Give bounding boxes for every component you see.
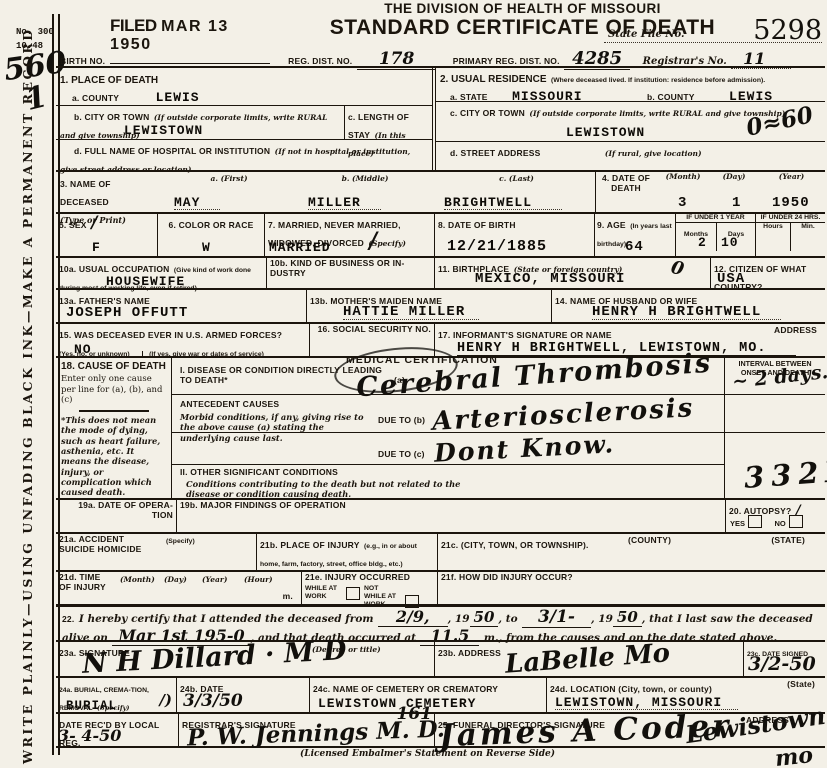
injury-m-label: m. bbox=[283, 592, 293, 602]
birthplace-value: MEXICO, MISSOURI bbox=[475, 272, 625, 286]
age-label: 9. AGE bbox=[597, 220, 626, 230]
certify-number: 22. bbox=[62, 614, 74, 624]
field-armed-forces: 15. WAS DECEASED EVER IN U.S. ARMED FORC… bbox=[56, 324, 309, 356]
dob-label: 8. DATE OF BIRTH bbox=[438, 220, 516, 230]
operation-date-label: 19a. DATE OF OPERA-TION bbox=[56, 500, 176, 532]
field-date-of-birth: 8. DATE OF BIRTH 12/21/1885 bbox=[434, 214, 594, 256]
death-certificate-document: No. 300 10.48 560 1 WRITE PLAINLY—USING … bbox=[0, 0, 827, 768]
field-informant: 17. INFORMANT'S SIGNATURE OR NAME ADDRES… bbox=[434, 324, 825, 356]
row-time-of-injury: 21d. TIME OF INJURY (Month) (Day) (Year)… bbox=[56, 570, 825, 604]
name-middle-label: b. (Middle) bbox=[294, 174, 436, 183]
dod-month-label: (Month) bbox=[656, 172, 710, 181]
place-county-label: a. COUNTY bbox=[72, 93, 119, 103]
age-months-value: 2 bbox=[698, 236, 707, 249]
signature-overflow-handwriting: mo bbox=[774, 744, 814, 768]
field-father: 13a. FATHER'S NAME JOSEPH OFFUTT bbox=[56, 290, 306, 322]
filed-stamp: FILED MAR 13 1950 bbox=[110, 16, 270, 54]
field-autopsy: 20. AUTOPSY? / YES NO bbox=[725, 500, 825, 532]
armed-forces-label: 15. WAS DECEASED EVER IN U.S. ARMED FORC… bbox=[59, 330, 282, 340]
field-time-of-injury: 21d. TIME OF INJURY (Month) (Day) (Year)… bbox=[56, 572, 301, 604]
cause-rule-a bbox=[172, 394, 825, 395]
field-place-of-injury: 21b. PLACE OF INJURY (e.g., in or about … bbox=[256, 534, 437, 570]
field-birthplace: 11. BIRTHPLACE (State or foreign country… bbox=[434, 258, 710, 288]
section-cause-of-death: 18. CAUSE OF DEATH Enter only one cause … bbox=[56, 356, 825, 498]
age-min-label: Min. bbox=[790, 223, 825, 251]
row-operation-autopsy: 19a. DATE OF OPERA-TION 19b. MAJOR FINDI… bbox=[56, 498, 825, 532]
cause-instruction-column: 18. CAUSE OF DEATH Enter only one cause … bbox=[56, 358, 172, 500]
time-of-injury-label: 21d. TIME OF INJURY bbox=[59, 573, 107, 593]
field-mother: 13b. MOTHER'S MAIDEN NAME HATTIE MILLER bbox=[306, 290, 551, 322]
certify-statement: 22. I hereby certify that I attended the… bbox=[56, 604, 825, 640]
place-of-injury-label: 21b. PLACE OF INJURY bbox=[260, 540, 360, 550]
certify-text-1: I hereby certify that I attended the dec… bbox=[79, 613, 374, 625]
field-date-signed: 23c. DATE SIGNED 3/2-50 bbox=[743, 642, 825, 676]
antecedent-label: ANTECEDENT CAUSES bbox=[180, 400, 279, 410]
field-physician-signature: 23a. SIGNATURE (Degree or title) N H Dil… bbox=[56, 642, 434, 676]
dod-month-value: 3 bbox=[678, 196, 687, 210]
row-burial: 24a. BURIAL, CREMA-TION, REMOVAL (Specif… bbox=[56, 676, 825, 712]
field-injury-occurred: 21e. INJURY OCCURRED WHILE AT WORK NOT W… bbox=[301, 572, 437, 604]
certify-to-year: 50 bbox=[613, 608, 642, 627]
row-occupation-birthplace-citizen: 10a. USUAL OCCUPATION (Give kind of work… bbox=[56, 256, 825, 288]
sex-handwritten-mark: / bbox=[91, 213, 97, 233]
age-under1-label: IF UNDER 1 YEAR bbox=[676, 214, 755, 223]
cause-part2-note: Conditions contributing to the death but… bbox=[186, 479, 486, 500]
section-usual-residence: 2. USUAL RESIDENCE (Where deceased lived… bbox=[432, 68, 825, 170]
physician-address-value: LaBelle Mo bbox=[504, 640, 671, 677]
row-sex-race-marital-dob-age: 5. SEX / F 6. COLOR OR RACE W 7. MARRIED… bbox=[56, 212, 825, 256]
age-years-value: 64 bbox=[625, 240, 644, 254]
field-registrar-signature: REGISTRAR'S SIGNATURE 161 P. W. Jennings… bbox=[178, 714, 434, 746]
mother-value: HATTIE MILLER bbox=[343, 305, 479, 320]
row-footer: DATE REC'D BY LOCAL REG. 3- 4-50 REGISTR… bbox=[56, 712, 825, 748]
father-value: JOSEPH OFFUTT bbox=[66, 306, 188, 320]
date-signed-value: 3/2-50 bbox=[748, 655, 816, 674]
field-spouse: 14. NAME OF HUSBAND OR WIFE HENRY H BRIG… bbox=[551, 290, 825, 322]
dod-day-label: (Day) bbox=[710, 172, 758, 181]
field-funeral-director: 25. FUNERAL DIRECTOR'S SIGNATURE ADDRESS… bbox=[434, 714, 825, 746]
certify-from-year: 50 bbox=[470, 608, 499, 627]
race-value: W bbox=[202, 241, 211, 254]
marital-handwritten-mark: / bbox=[369, 230, 377, 252]
name-last-label: c. (Last) bbox=[440, 174, 593, 183]
cause-part2-label: II. OTHER SIGNIFICANT CONDITIONS bbox=[180, 468, 338, 478]
field-business: 10b. KIND OF BUSINESS OR IN-DUSTRY bbox=[266, 258, 434, 288]
spouse-value: HENRY H BRIGHTWELL bbox=[592, 305, 781, 320]
cause-b-label: DUE TO (b) bbox=[378, 416, 425, 426]
field-accident-suicide-homicide: 21a. ACCIDENT SUICIDE HOMICIDE (Specify) bbox=[56, 534, 256, 570]
field-occupation: 10a. USUAL OCCUPATION (Give kind of work… bbox=[56, 258, 266, 288]
cemetery-label: 24c. NAME OF CEMETERY OR CREMATORY bbox=[313, 684, 498, 694]
operation-findings-label: 19b. MAJOR FINDINGS OF OPERATION bbox=[176, 500, 725, 532]
name-label: 3. NAME OF DECEASED bbox=[60, 179, 111, 207]
field-age: 9. AGE (In years last birthday) 64 IF UN… bbox=[594, 214, 825, 256]
cause-footnote: *This does not mean the mode of dying, s… bbox=[61, 415, 166, 498]
hospital-label: d. FULL NAME OF HOSPITAL OR INSTITUTION bbox=[74, 146, 270, 156]
cause-c-label: DUE TO (c) bbox=[378, 450, 425, 460]
physician-signature-value: N H Dillard · M D bbox=[81, 637, 347, 678]
injury-hour-label: (Hour) bbox=[244, 575, 273, 584]
race-label: 6. COLOR OR RACE bbox=[169, 220, 254, 230]
injury-day-label: (Day) bbox=[164, 575, 187, 584]
occupation-value: HOUSEWIFE bbox=[106, 275, 185, 288]
field-how-injury-occurred: 21f. HOW DID INJURY OCCUR? bbox=[437, 572, 825, 604]
division-title: THE DIVISION OF HEALTH OF MISSOURI bbox=[285, 1, 760, 16]
name-first-label: a. (First) bbox=[168, 174, 290, 183]
street-address-label: d. STREET ADDRESS bbox=[450, 148, 540, 158]
birth-no-label: BIRTH NO. bbox=[60, 56, 105, 66]
name-last-value: BRIGHTWELL bbox=[444, 196, 562, 210]
burial-date-value: 3/3/50 bbox=[183, 693, 243, 710]
place-city-label: b. CITY OR TOWN bbox=[74, 112, 149, 122]
while-at-work-label: WHILE AT WORK bbox=[305, 585, 343, 601]
field-marital-status: 7. MARRIED, NEVER MARRIED, WIDOWED, DIVO… bbox=[264, 214, 434, 256]
marital-value: MARRIED bbox=[269, 241, 331, 254]
autopsy-no-label: NO bbox=[774, 519, 785, 528]
certify-text-3: , to bbox=[498, 613, 517, 625]
dod-year-label: (Year) bbox=[758, 172, 825, 181]
name-first-value: MAY bbox=[174, 196, 220, 210]
injury-year-label: (Year) bbox=[202, 575, 227, 584]
interval-label: INTERVAL BETWEEN ONSET AND DEATH bbox=[728, 360, 822, 377]
sex-value: F bbox=[92, 241, 101, 254]
primary-reg-dist-label: PRIMARY REG. DIST. NO. bbox=[453, 56, 560, 66]
cause-c-value: Dont Know. bbox=[433, 431, 615, 465]
cause-b-value: Arteriosclerosis bbox=[431, 395, 694, 435]
injury-city-label: 21c. (CITY, TOWN, OR TOWNSHIP). bbox=[441, 540, 589, 550]
burial-kind-value: BURIAL bbox=[66, 700, 117, 713]
row-physician-signature: 23a. SIGNATURE (Degree or title) N H Dil… bbox=[56, 640, 825, 676]
injury-occurred-label: 21e. INJURY OCCURRED bbox=[305, 573, 434, 583]
autopsy-yes-checkbox bbox=[748, 515, 762, 528]
street-address-note: (If rural, give location) bbox=[605, 149, 702, 158]
age-hours-label: Hours bbox=[756, 223, 790, 251]
citizen-value: USA bbox=[717, 272, 745, 286]
section-name-of-deceased: 3. NAME OF DECEASED (Type or Print) a. (… bbox=[56, 172, 595, 212]
date-of-death-label: 4. DATE OF DEATH bbox=[596, 172, 656, 212]
section-date-of-death: 4. DATE OF DEATH (Month) 3 (Day) 1 (Year… bbox=[595, 172, 825, 212]
antecedent-note: Morbid conditions, if any, giving rise t… bbox=[180, 412, 370, 443]
place-city-value: LEWISTOWN bbox=[124, 124, 203, 137]
injury-month-label: (Month) bbox=[120, 575, 155, 584]
margin-instruction-note: WRITE PLAINLY—USING UNFADING BLACK INK—M… bbox=[20, 96, 35, 764]
field-physician-address: 23b. ADDRESS LaBelle Mo bbox=[434, 642, 743, 676]
cause-instruction: Enter only one cause per line for (a), (… bbox=[61, 374, 166, 406]
row-father-mother-spouse: 13a. FATHER'S NAME JOSEPH OFFUTT 13b. MO… bbox=[56, 288, 825, 322]
residence-city-value: LEWISTOWN bbox=[566, 126, 645, 139]
certify-to-date: 3/1- bbox=[522, 607, 591, 628]
residence-title: 2. USUAL RESIDENCE bbox=[440, 74, 547, 85]
field-burial-kind: 24a. BURIAL, CREMA-TION, REMOVAL (Specif… bbox=[56, 678, 176, 712]
armed-forces-value: NO bbox=[74, 343, 92, 356]
registrar-signature-value: P. W. Jennings M. D. bbox=[187, 718, 445, 750]
dob-value: 12/21/1885 bbox=[447, 239, 547, 254]
accident-label: 21a. ACCIDENT SUICIDE HOMICIDE bbox=[59, 535, 149, 555]
cause-code-handwritten: 332X bbox=[743, 456, 827, 493]
autopsy-yes-label: YES bbox=[730, 519, 745, 528]
state-file-no-value: 5298 bbox=[604, 15, 822, 43]
field-sex: 5. SEX / F bbox=[56, 214, 157, 256]
residence-city-label: c. CITY OR TOWN bbox=[450, 108, 525, 118]
birthplace-handwritten-mark: 0 bbox=[669, 259, 686, 279]
dod-year-value: 1950 bbox=[772, 196, 810, 210]
certify-from-date: 2/9, bbox=[378, 607, 448, 627]
field-date-received: DATE REC'D BY LOCAL REG. 3- 4-50 bbox=[56, 714, 178, 746]
row-name-and-date-of-death: 3. NAME OF DECEASED (Type or Print) a. (… bbox=[56, 170, 825, 212]
section-place-of-death: 1. PLACE OF DEATH a. COUNTY LEWIS b. CIT… bbox=[56, 68, 432, 170]
injury-state-label: (STATE) bbox=[771, 536, 805, 546]
age-under24-label: IF UNDER 24 HRS. bbox=[756, 214, 825, 223]
informant-address-label: ADDRESS bbox=[774, 326, 817, 336]
dod-day-value: 1 bbox=[732, 196, 741, 210]
row-accident-place-of-injury: 21a. ACCIDENT SUICIDE HOMICIDE (Specify)… bbox=[56, 532, 825, 570]
field-injury-location: 21c. (CITY, TOWN, OR TOWNSHIP). (COUNTY)… bbox=[437, 534, 825, 570]
cause-label: 18. CAUSE OF DEATH bbox=[61, 361, 166, 373]
birth-no-blank bbox=[110, 53, 270, 64]
row-place-and-residence: 1. PLACE OF DEATH a. COUNTY LEWIS b. CIT… bbox=[56, 66, 825, 170]
place-of-death-title: 1. PLACE OF DEATH bbox=[60, 75, 158, 86]
injury-county-label: (COUNTY) bbox=[628, 536, 671, 546]
field-citizen: 12. CITIZEN OF WHAT COUNTRY? USA bbox=[710, 258, 825, 288]
sex-label: 5. SEX bbox=[59, 220, 87, 230]
date-received-value: 3- 4-50 bbox=[58, 728, 121, 744]
burial-handwritten-mark: /) bbox=[159, 693, 172, 708]
accident-note: (Specify) bbox=[166, 538, 195, 546]
field-burial-date: 24b. DATE 3/3/50 bbox=[176, 678, 309, 712]
burial-location-state-label: (State) bbox=[787, 680, 815, 690]
autopsy-no-checkbox bbox=[789, 515, 803, 528]
field-color-or-race: 6. COLOR OR RACE W bbox=[157, 214, 264, 256]
informant-label: 17. INFORMANT'S SIGNATURE OR NAME bbox=[438, 330, 612, 340]
reg-dist-label: REG. DIST. NO. bbox=[288, 56, 352, 66]
certify-text-4: , 19 bbox=[591, 613, 613, 625]
physician-address-label: 23b. ADDRESS bbox=[438, 648, 501, 658]
while-at-work-checkbox bbox=[346, 587, 360, 600]
age-days-value: 10 bbox=[721, 236, 739, 249]
filed-stamp-label: FILED bbox=[110, 16, 157, 35]
burial-location-label: 24d. LOCATION (City, town, or county) bbox=[550, 684, 712, 694]
certify-text-2: , 19 bbox=[448, 613, 470, 625]
occupation-label: 10a. USUAL OCCUPATION bbox=[59, 264, 169, 274]
name-middle-value: MILLER bbox=[308, 196, 381, 210]
place-county-value: LEWIS bbox=[156, 90, 200, 105]
residence-title-note: (Where deceased lived. If institution: r… bbox=[551, 77, 765, 84]
